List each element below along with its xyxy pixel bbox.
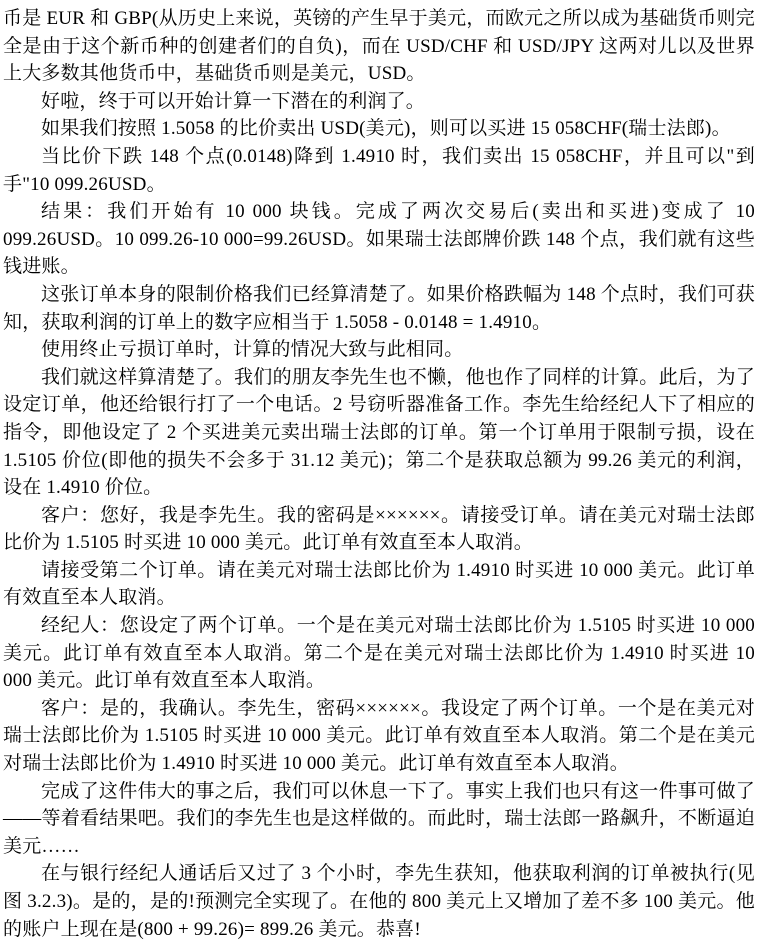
paragraph-client-confirmation: 客户：是的，我确认。李先生，密码××××××。我设定了两个订单。一个是在美元对瑞… — [3, 695, 755, 778]
paragraph-profit-intro: 好啦，终于可以开始计算一下潜在的利润了。 — [3, 88, 755, 116]
paragraph-sell-usd-rate: 如果我们按照 1.5058 的比价卖出 USD(美元)，则可以买进 15 058… — [3, 115, 755, 143]
paragraph-client-first-order: 客户：您好，我是李先生。我的密码是××××××。请接受订单。请在美元对瑞士法郎比… — [3, 502, 755, 557]
paragraph-stop-loss-note: 使用终止亏损订单时，计算的情况大致与此相同。 — [3, 336, 755, 364]
paragraph-result-calculation: 结果：我们开始有 10 000 块钱。完成了两次交易后(卖出和买进)变成了 10… — [3, 198, 755, 281]
paragraph-waiting-result: 完成了这件伟大的事之后，我们可以休息一下了。事实上我们也只有这一件事可做了——等… — [3, 778, 755, 861]
paragraph-order-executed: 在与银行经纪人通话后又过了 3 个小时，李先生获知，他获取利润的订单被执行(见图… — [3, 860, 755, 943]
paragraph-broker-confirmation: 经纪人：您设定了两个订单。一个是在美元对瑞士法郎比价为 1.5105 时买进 1… — [3, 612, 755, 695]
document-page: 币是 EUR 和 GBP(从历史上来说，英镑的产生早于美元，而欧元之所以成为基础… — [0, 0, 758, 947]
paragraph-mr-li-orders: 我们就这样算清楚了。我们的朋友李先生也不懒，他也作了同样的计算。此后，为了设定订… — [3, 364, 755, 502]
paragraph-rate-drop: 当比价下跌 148 个点(0.0148)降到 1.4910 时，我们卖出 15 … — [3, 143, 755, 198]
paragraph-limit-price: 这张订单本身的限制价格我们已经算清楚了。如果价格跌幅为 148 个点时，我们可获… — [3, 281, 755, 336]
paragraph-client-second-order: 请接受第二个订单。请在美元对瑞士法郎比价为 1.4910 时买进 10 000 … — [3, 557, 755, 612]
paragraph-base-currency-continuation: 币是 EUR 和 GBP(从历史上来说，英镑的产生早于美元，而欧元之所以成为基础… — [3, 5, 755, 88]
